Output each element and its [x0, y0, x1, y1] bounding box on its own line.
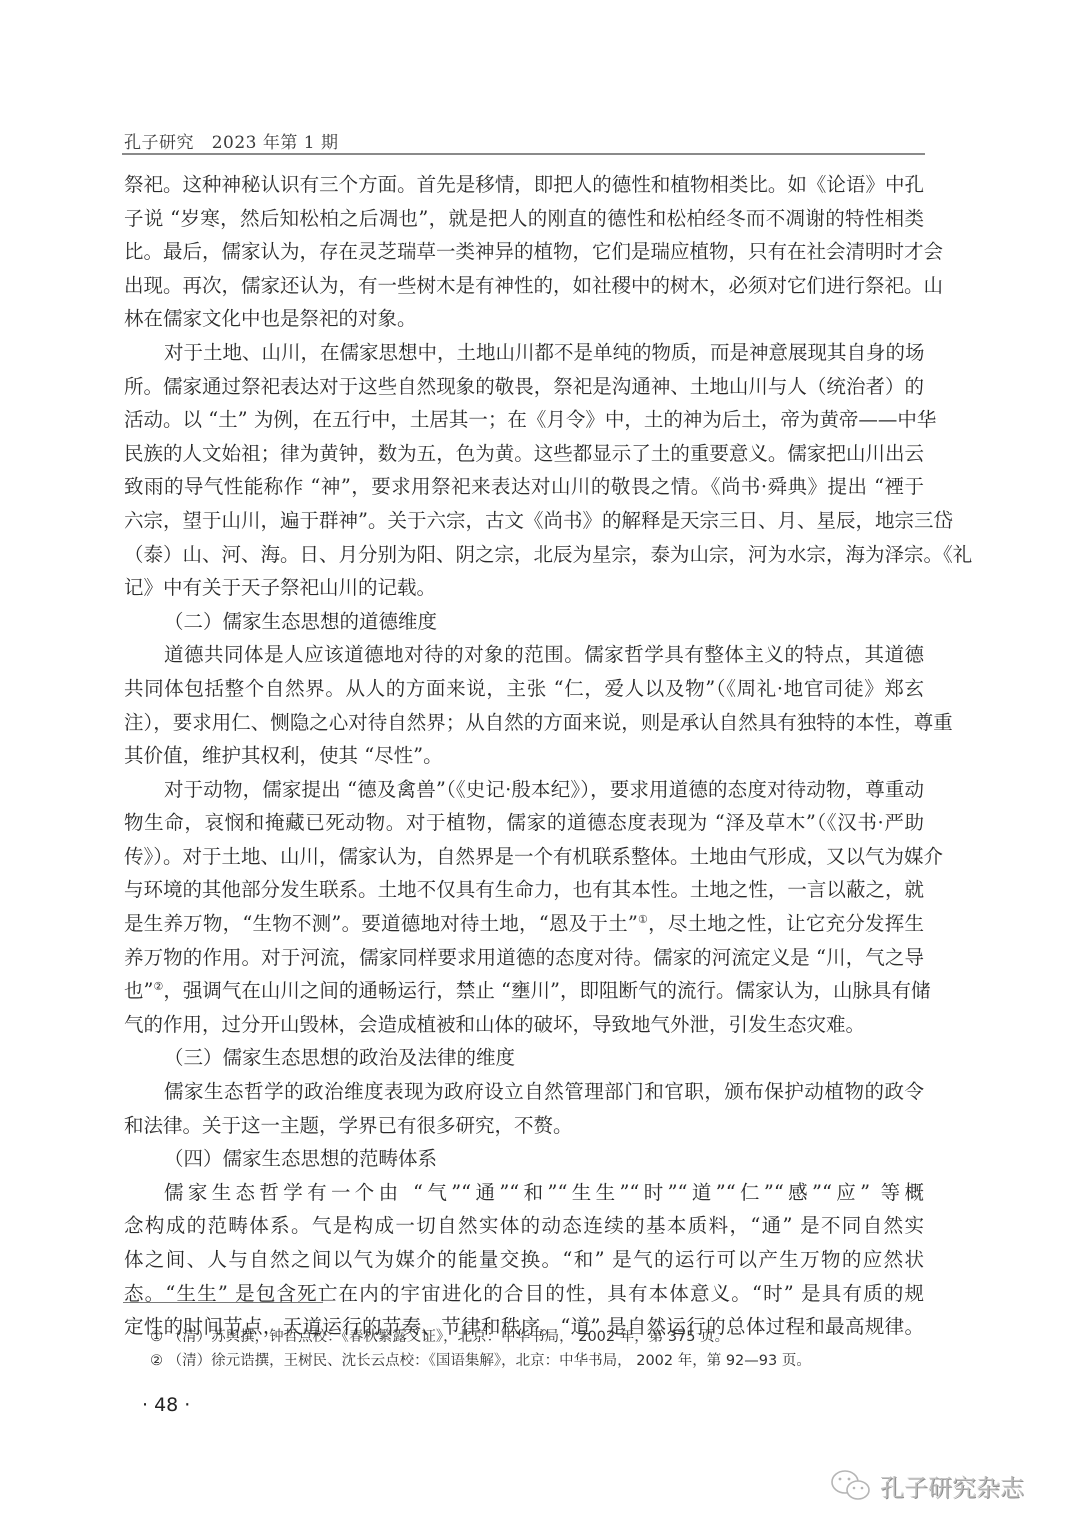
footnote-rule — [123, 1302, 323, 1303]
text-line: 致雨的导气性能称作 “神”，要求用祭祀来表达对山川的敬畏之情。《尚书·舜典》提出… — [124, 470, 924, 504]
watermark-text: 孔子研究杂志 — [880, 1468, 1024, 1503]
text-line: 比。最后，儒家认为，存在灵芝瑞草一类神异的植物，它们是瑞应植物，只有在社会清明时… — [124, 235, 924, 269]
footnote-text: （清）苏舆撰，钟哲点校：《春秋繁露义证》，北京：中华书局， 2002 年，第 3… — [168, 1329, 730, 1345]
text-line: 养万物的作用。对于河流，儒家同样要求用道德的态度对待。儒家的河流定义是 “川，气… — [124, 941, 924, 975]
text-line: 林在儒家文化中也是祭祀的对象。 — [124, 302, 924, 336]
footnote-marker: ② — [150, 1353, 163, 1369]
text-run: 是生养万物，“生物不测”。要道德地对待土地，“恩及于土” — [124, 912, 638, 935]
text-run: ，尽土地之性，让它充分发挥生 — [648, 912, 924, 935]
wechat-icon — [830, 1469, 874, 1503]
text-line: 注），要求用仁、恻隐之心对待自然界；从自然的方面来说，则是承认自然具有独特的本性… — [124, 706, 924, 740]
footnote-reference[interactable]: ② — [153, 980, 163, 993]
text-line: 活动。以 “土” 为例，在五行中，土居其一；在《月令》中，土的神为后土，帝为黄帝… — [124, 403, 924, 437]
text-line: （泰）山、河、海。日、月分别为阳、阴之宗，北辰为星宗，泰为山宗，河为水宗，海为泽… — [124, 538, 924, 572]
journal-name: 孔子研究 — [124, 133, 194, 153]
text-line: 对于动物，儒家提出 “德及禽兽”（《史记·殷本纪》），要求用道德的态度对待动物，… — [124, 773, 924, 807]
text-line: 祭祀。这种神秘认识有三个方面。首先是移情，即把人的德性和植物相类比。如《论语》中… — [124, 168, 924, 202]
footnotes: ① （清）苏舆撰，钟哲点校：《春秋繁露义证》，北京：中华书局， 2002 年，第… — [150, 1325, 811, 1373]
text-line: 记》中有关于天子祭祀山川的记载。 — [124, 571, 924, 605]
page-number: · 48 · — [142, 1394, 190, 1416]
text-line: 道德共同体是人应该道德地对待的对象的范围。儒家哲学具有整体主义的特点，其道德 — [124, 638, 924, 672]
text-line: 念构成的范畴体系。气是构成一切自然实体的动态连续的基本质料，“通” 是不同自然实 — [124, 1209, 924, 1243]
header-rule — [122, 153, 925, 155]
footnote-reference[interactable]: ① — [638, 913, 648, 926]
text-line: 物生命，哀悯和掩藏已死动物。对于植物，儒家的道德态度表现为 “泽及草木”（《汉书… — [124, 806, 924, 840]
text-line: 民族的人文始祖；律为黄钟，数为五，色为黄。这些都显示了土的重要意义。儒家把山川出… — [124, 437, 924, 471]
text-line: 儒家生态哲学有一个由 “气”“通”“和”“生生”“时”“道”“仁”“感”“应” … — [124, 1176, 924, 1210]
text-line: 传》）。对于土地、山川，儒家认为，自然界是一个有机联系整体。土地由气形成，又以气… — [124, 840, 924, 874]
journal-page: 孔子研究 2023 年第 1 期 祭祀。这种神秘认识有三个方面。首先是移情，即把… — [0, 0, 1080, 1527]
text-line: 子说 “岁寒，然后知松柏之后凋也”，就是把人的刚直的德性和松柏经冬而不凋谢的特性… — [124, 202, 924, 236]
issue-label: 2023 年第 1 期 — [212, 133, 339, 153]
footnote-1: ① （清）苏舆撰，钟哲点校：《春秋繁露义证》，北京：中华书局， 2002 年，第… — [150, 1325, 811, 1349]
section-heading: （二）儒家生态思想的道德维度 — [124, 605, 924, 639]
text-line: 所。儒家通过祭祀表达对于这些自然现象的敬畏，祭祀是沟通神、土地山川与人（统治者）… — [124, 370, 924, 404]
footnote-text: （清）徐元诰撰，王树民、沈长云点校：《国语集解》，北京：中华书局， 2002 年… — [168, 1353, 811, 1369]
text-line: 对于土地、山川，在儒家思想中，土地山川都不是单纯的物质，而是神意展现其自身的场 — [124, 336, 924, 370]
text-line: 共同体包括整个自然界。从人的方面来说，主张 “仁，爱人以及物”（《周礼·地官司徒… — [124, 672, 924, 706]
section-heading: （三）儒家生态思想的政治及法律的维度 — [124, 1041, 924, 1075]
text-line: 六宗，望于山川，遍于群神”。关于六宗，古文《尚书》的解释是天宗三日、月、星辰，地… — [124, 504, 924, 538]
text-line: 体之间、人与自然之间以气为媒介的能量交换。“和” 是气的运行可以产生万物的应然状 — [124, 1243, 924, 1277]
text-line: 气的作用，过分开山毁林，会造成植被和山体的破坏，导致地气外泄，引发生态灾难。 — [124, 1008, 924, 1042]
text-line: 态。“生生” 是包含死亡在内的宇宙进化的合目的性，具有本体意义。“时” 是具有质… — [124, 1277, 924, 1311]
text-line: 是生养万物，“生物不测”。要道德地对待土地，“恩及于土”①，尽土地之性，让它充分… — [124, 907, 924, 941]
footnote-marker: ① — [150, 1329, 163, 1345]
article-body: 祭祀。这种神秘认识有三个方面。首先是移情，即把人的德性和植物相类比。如《论语》中… — [124, 168, 924, 1344]
text-line: 和法律。关于这一主题，学界已有很多研究，不赘。 — [124, 1109, 924, 1143]
text-run: 也” — [124, 979, 153, 1002]
running-head: 孔子研究 2023 年第 1 期 — [124, 128, 339, 153]
text-line: 与环境的其他部分发生联系。土地不仅具有生命力，也有其本性。土地之性，一言以蔽之，… — [124, 873, 924, 907]
text-line: 出现。再次，儒家还认为，有一些树木是有神性的，如社稷中的树木，必须对它们进行祭祀… — [124, 269, 924, 303]
text-line: 儒家生态哲学的政治维度表现为政府设立自然管理部门和官职，颁布保护动植物的政令 — [124, 1075, 924, 1109]
section-heading: （四）儒家生态思想的范畴体系 — [124, 1142, 924, 1176]
text-line: 其价值，维护其权利，使其 “尽性”。 — [124, 739, 924, 773]
text-run: ，强调气在山川之间的通畅运行，禁止 “壅川”，即阻断气的流行。儒家认为，山脉具有… — [163, 979, 930, 1002]
footnote-2: ② （清）徐元诰撰，王树民、沈长云点校：《国语集解》，北京：中华书局， 2002… — [150, 1349, 811, 1373]
text-line: 也”②，强调气在山川之间的通畅运行，禁止 “壅川”，即阻断气的流行。儒家认为，山… — [124, 974, 924, 1008]
wechat-watermark: 孔子研究杂志 — [830, 1468, 1024, 1503]
